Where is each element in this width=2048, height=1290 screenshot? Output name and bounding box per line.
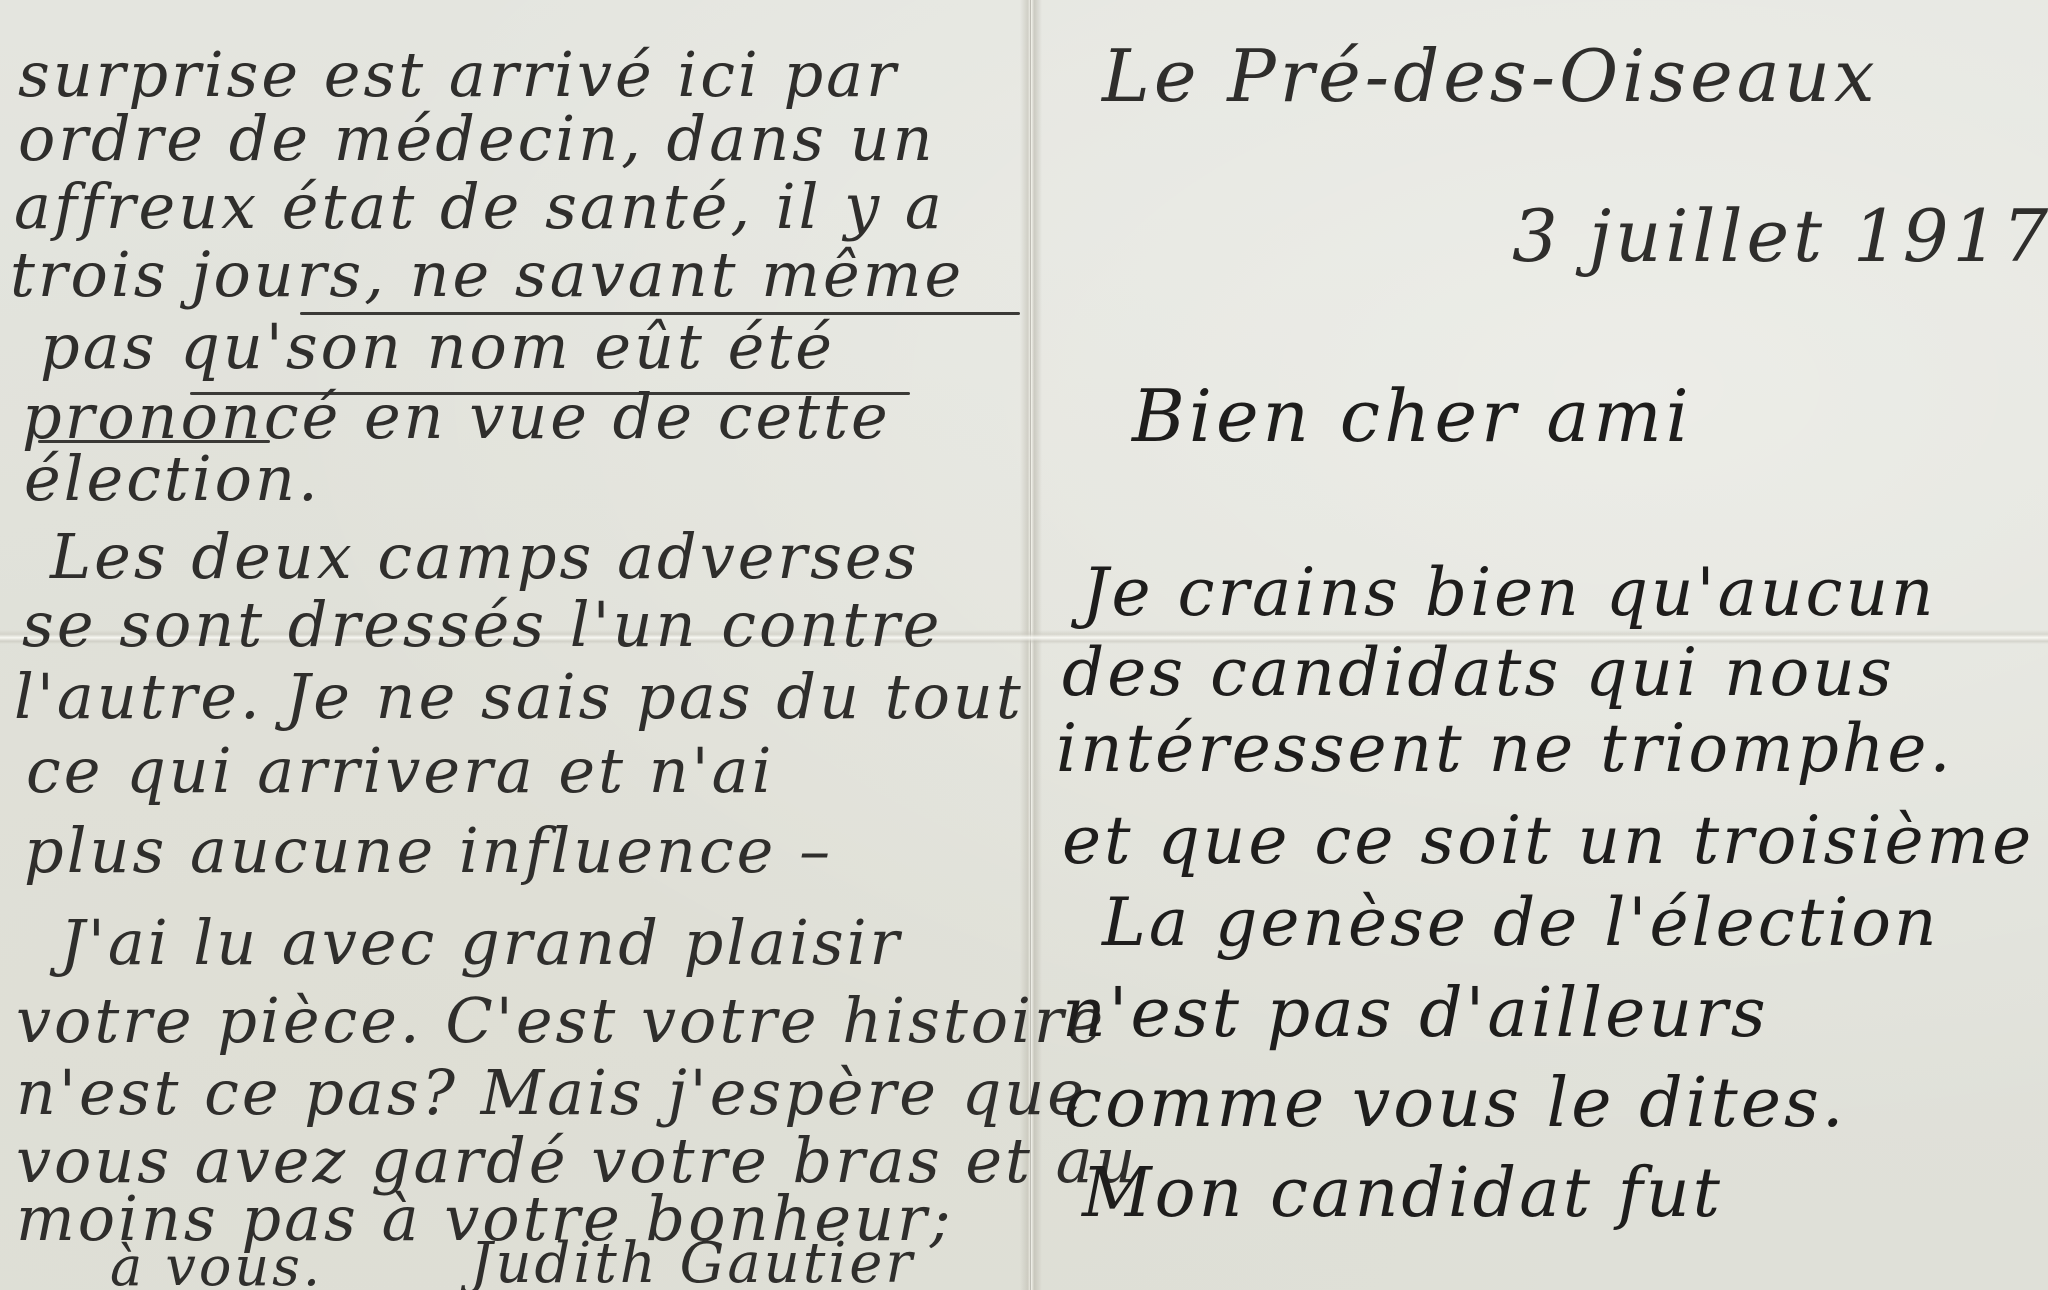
right-line-8: Mon candidat fut	[1082, 1160, 1723, 1228]
place-heading: Le Pré-des-Oiseaux	[1102, 40, 1879, 112]
left-line-12: plus aucune influence –	[24, 820, 833, 882]
closing: à vous.	[110, 1240, 323, 1290]
right-page: Le Pré-des-Oiseaux 3 juillet 1917 Bien c…	[1042, 0, 2048, 1290]
left-line-8: Les deux camps adverses	[50, 526, 919, 588]
left-line-15: n'est ce pas? Mais j'espère que	[16, 1062, 1087, 1124]
right-line-1: Je crains bien qu'aucun	[1082, 560, 1936, 626]
right-line-3: intéressent ne triomphe.	[1056, 716, 1953, 782]
left-line-1: surprise est arrivé ici par	[18, 44, 899, 106]
left-line-6: prononcé en vue de cette	[22, 386, 891, 448]
left-line-11: ce qui arrivera et n'ai	[26, 740, 774, 802]
right-line-6: n'est pas d'ailleurs	[1062, 980, 1769, 1048]
letter-sheet: surprise est arrivé ici par ordre de méd…	[0, 0, 2048, 1290]
left-line-2: ordre de médecin, dans un	[18, 108, 936, 170]
left-line-3: affreux état de santé, il y a	[14, 176, 945, 238]
right-line-7: comme vous le dites.	[1064, 1070, 1846, 1138]
right-line-5: La genèse de l'élection	[1102, 890, 1940, 956]
left-line-13: J'ai lu avec grand plaisir	[60, 912, 902, 974]
right-line-4: et que ce soit un troisième	[1062, 808, 2034, 874]
left-line-4: trois jours, ne savant même	[10, 244, 964, 306]
left-line-14: votre pièce. C'est votre histoire	[16, 990, 1106, 1052]
right-line-2: des candidats qui nous	[1062, 640, 1895, 706]
signature: Judith Gautier	[470, 1236, 915, 1290]
left-line-7: élection.	[24, 448, 321, 510]
left-line-9: se sont dressés l'un contre	[22, 594, 942, 656]
left-line-10: l'autre. Je ne sais pas du tout	[14, 666, 1024, 728]
left-page: surprise est arrivé ici par ordre de méd…	[0, 0, 1020, 1290]
left-line-5: pas qu'son nom eût été	[40, 316, 835, 378]
salutation: Bien cher ami	[1132, 380, 1693, 452]
date-heading: 3 juillet 1917	[1512, 200, 2048, 272]
